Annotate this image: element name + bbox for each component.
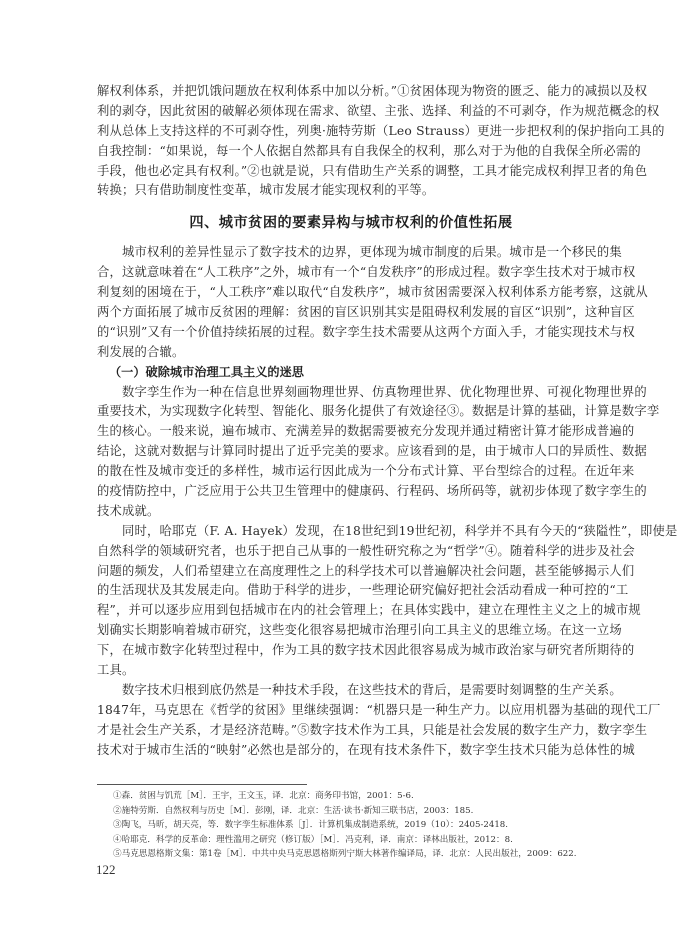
text-line: 转换；只有借助制度性变革，城市发展才能实现权利的平等。: [97, 181, 605, 201]
text-line: 才是社会生产关系，才是经济范畴。”⑤数字技术作为工具，只能是社会发展的数字生产力…: [97, 721, 605, 741]
text-line: 合，这就意味着在“人工秩序”之外，城市有一个“自发秩序”的形成过程。数字孪生技术…: [97, 263, 605, 283]
text-line: 生的核心。一般来说，遍布城市、充满差异的数据需要被充分发现并通过精密计算才能形成…: [97, 422, 605, 442]
text-line: 同时，哈耶克（F. A. Hayek）发现，在18世纪到19世纪初，科学并不具有…: [97, 522, 605, 542]
paragraph-continued: 解权利体系，并把饥饿问题放在权利体系中加以分析。”①贫困体现为物资的匮乏、能力的…: [97, 82, 605, 201]
text-line: 数字孪生作为一种在信息世界刻画物理世界、仿真物理世界、优化物理世界、可视化物理世…: [97, 383, 605, 403]
footnote-2: ②施特劳斯．自然权利与历史［M］．彭刚，译．北京：生活·读书·新知三联书店，20…: [113, 804, 603, 819]
paragraph-1: 数字孪生作为一种在信息世界刻画物理世界、仿真物理世界、优化物理世界、可视化物理世…: [97, 383, 605, 522]
paragraph-intro: 城市权利的差异性显示了数字技术的边界，更体现为城市制度的后果。城市是一个移民的集…: [97, 243, 605, 362]
paragraph-3: 数字技术归根到底仍然是一种技术手段，在这些技术的背后，是需要时刻调整的生产关系。…: [97, 681, 605, 761]
text-line: 技术成就。: [97, 502, 605, 522]
text-line: 利的剥夺，因此贫困的破解必须体现在需求、欲望、主张、选择、利益的不可剥夺，作为规…: [97, 102, 605, 122]
text-line: 自然科学的领域研究者，也乐于把自己从事的一般性研究称之为“哲学”④。随着科学的进…: [97, 542, 605, 562]
text-line: 自我控制：“如果说，每一个人依据自然都具有自我保全的权利，那么对于为他的自我保全…: [97, 142, 605, 162]
text-line: 划确实长期影响着城市研究，这些变化很容易把城市治理引向工具主义的思维立场。在这一…: [97, 621, 605, 641]
text-line: 工具。: [97, 661, 605, 681]
text-line: 的疫情防控中，广泛应用于公共卫生管理中的健康码、行程码、场所码等，就初步体现了数…: [97, 482, 605, 502]
text-line: 1847年，马克思在《哲学的贫困》里继续强调：“机器只是一种生产力。以应用机器为…: [97, 701, 605, 721]
text-line: 技术对于城市生活的“映射”必然也是部分的，在现有技术条件下，数字孪生技术只能为总…: [97, 741, 605, 761]
text-line: 下，在城市数字化转型过程中，作为工具的数字技术因此很容易成为城市政治家与研究者所…: [97, 641, 605, 661]
text-line: 的“识别”又有一个价值持续拓展的过程。数字孪生技术需要从这两个方面入手，才能实现…: [97, 323, 605, 343]
subsection-heading: （一）破除城市治理工具主义的迷思: [97, 363, 605, 383]
page-number: 122: [96, 862, 116, 878]
footnote-3: ③陶飞，马昕，胡天亮，等．数字孪生标准体系［J］．计算机集成制造系统，2019（…: [113, 818, 603, 833]
text-line: 重要技术，为实现数字化转型、智能化、服务化提供了有效途径③。数据是计算的基础，计…: [97, 402, 605, 422]
page-body: 解权利体系，并把饥饿问题放在权利体系中加以分析。”①贫困体现为物资的匮乏、能力的…: [97, 82, 605, 761]
text-line: 的散在性及城市变迁的多样性，城市运行因此成为一个分布式计算、平台型综合的过程。在…: [97, 462, 605, 482]
text-line: 手段，他也必定具有权利。”②也就是说，只有借助生产关系的调整，工具才能完成权利捍…: [97, 162, 605, 182]
text-line: 结论，这就对数据与计算同时提出了近乎完美的要求。应该看到的是，由于城市人口的异质…: [97, 442, 605, 462]
footnote-5: ⑤马克思恩格斯文集：第1卷［M］．中共中央马克思恩格斯列宁斯大林著作编译局，译．…: [113, 847, 603, 862]
text-line: 利复刻的困境在于，“人工秩序”难以取代“自发秩序”，城市贫困需要深入权利体系方能…: [97, 283, 605, 303]
text-line: 问题的频发，人们希望建立在高度理性之上的科学技术可以普遍解决社会问题，甚至能够揭…: [97, 562, 605, 582]
footnotes: ①森．贫困与饥荒［M］．王宇，王文玉，译．北京：商务印书馆，2001：5-6. …: [113, 789, 603, 862]
text-line: 解权利体系，并把饥饿问题放在权利体系中加以分析。”①贫困体现为物资的匮乏、能力的…: [97, 82, 605, 102]
footnote-4: ④哈耶克．科学的反革命：理性滥用之研究（修订版）［M］．冯克利，译．南京：译林出…: [113, 833, 603, 848]
text-line: 两个方面拓展了城市反贫困的理解：贫困的盲区识别其实是阻碍权利发展的盲区“识别”，…: [97, 303, 605, 323]
paragraph-2: 同时，哈耶克（F. A. Hayek）发现，在18世纪到19世纪初，科学并不具有…: [97, 522, 605, 681]
section-heading: 四、城市贫困的要素异构与城市权利的价值性拓展: [97, 205, 605, 241]
text-line: 城市权利的差异性显示了数字技术的边界，更体现为城市制度的后果。城市是一个移民的集: [97, 243, 605, 263]
footnote-separator: [97, 784, 307, 785]
text-line: 利从总体上支持这样的不可剥夺性，列奥·施特劳斯（Leo Strauss）更进一步…: [97, 122, 605, 142]
footnote-1: ①森．贫困与饥荒［M］．王宇，王文玉，译．北京：商务印书馆，2001：5-6.: [113, 789, 603, 804]
text-line: 利发展的合辙。: [97, 343, 605, 363]
text-line: 程”，并可以逐步应用到包括城市在内的社会管理上；在具体实践中，建立在理性主义之上…: [97, 601, 605, 621]
text-line: 的生活现状及其发展走向。借助于科学的进步，一些理论研究偏好把社会活动看成一种可控…: [97, 581, 605, 601]
text-line: 数字技术归根到底仍然是一种技术手段，在这些技术的背后，是需要时刻调整的生产关系。: [97, 681, 605, 701]
